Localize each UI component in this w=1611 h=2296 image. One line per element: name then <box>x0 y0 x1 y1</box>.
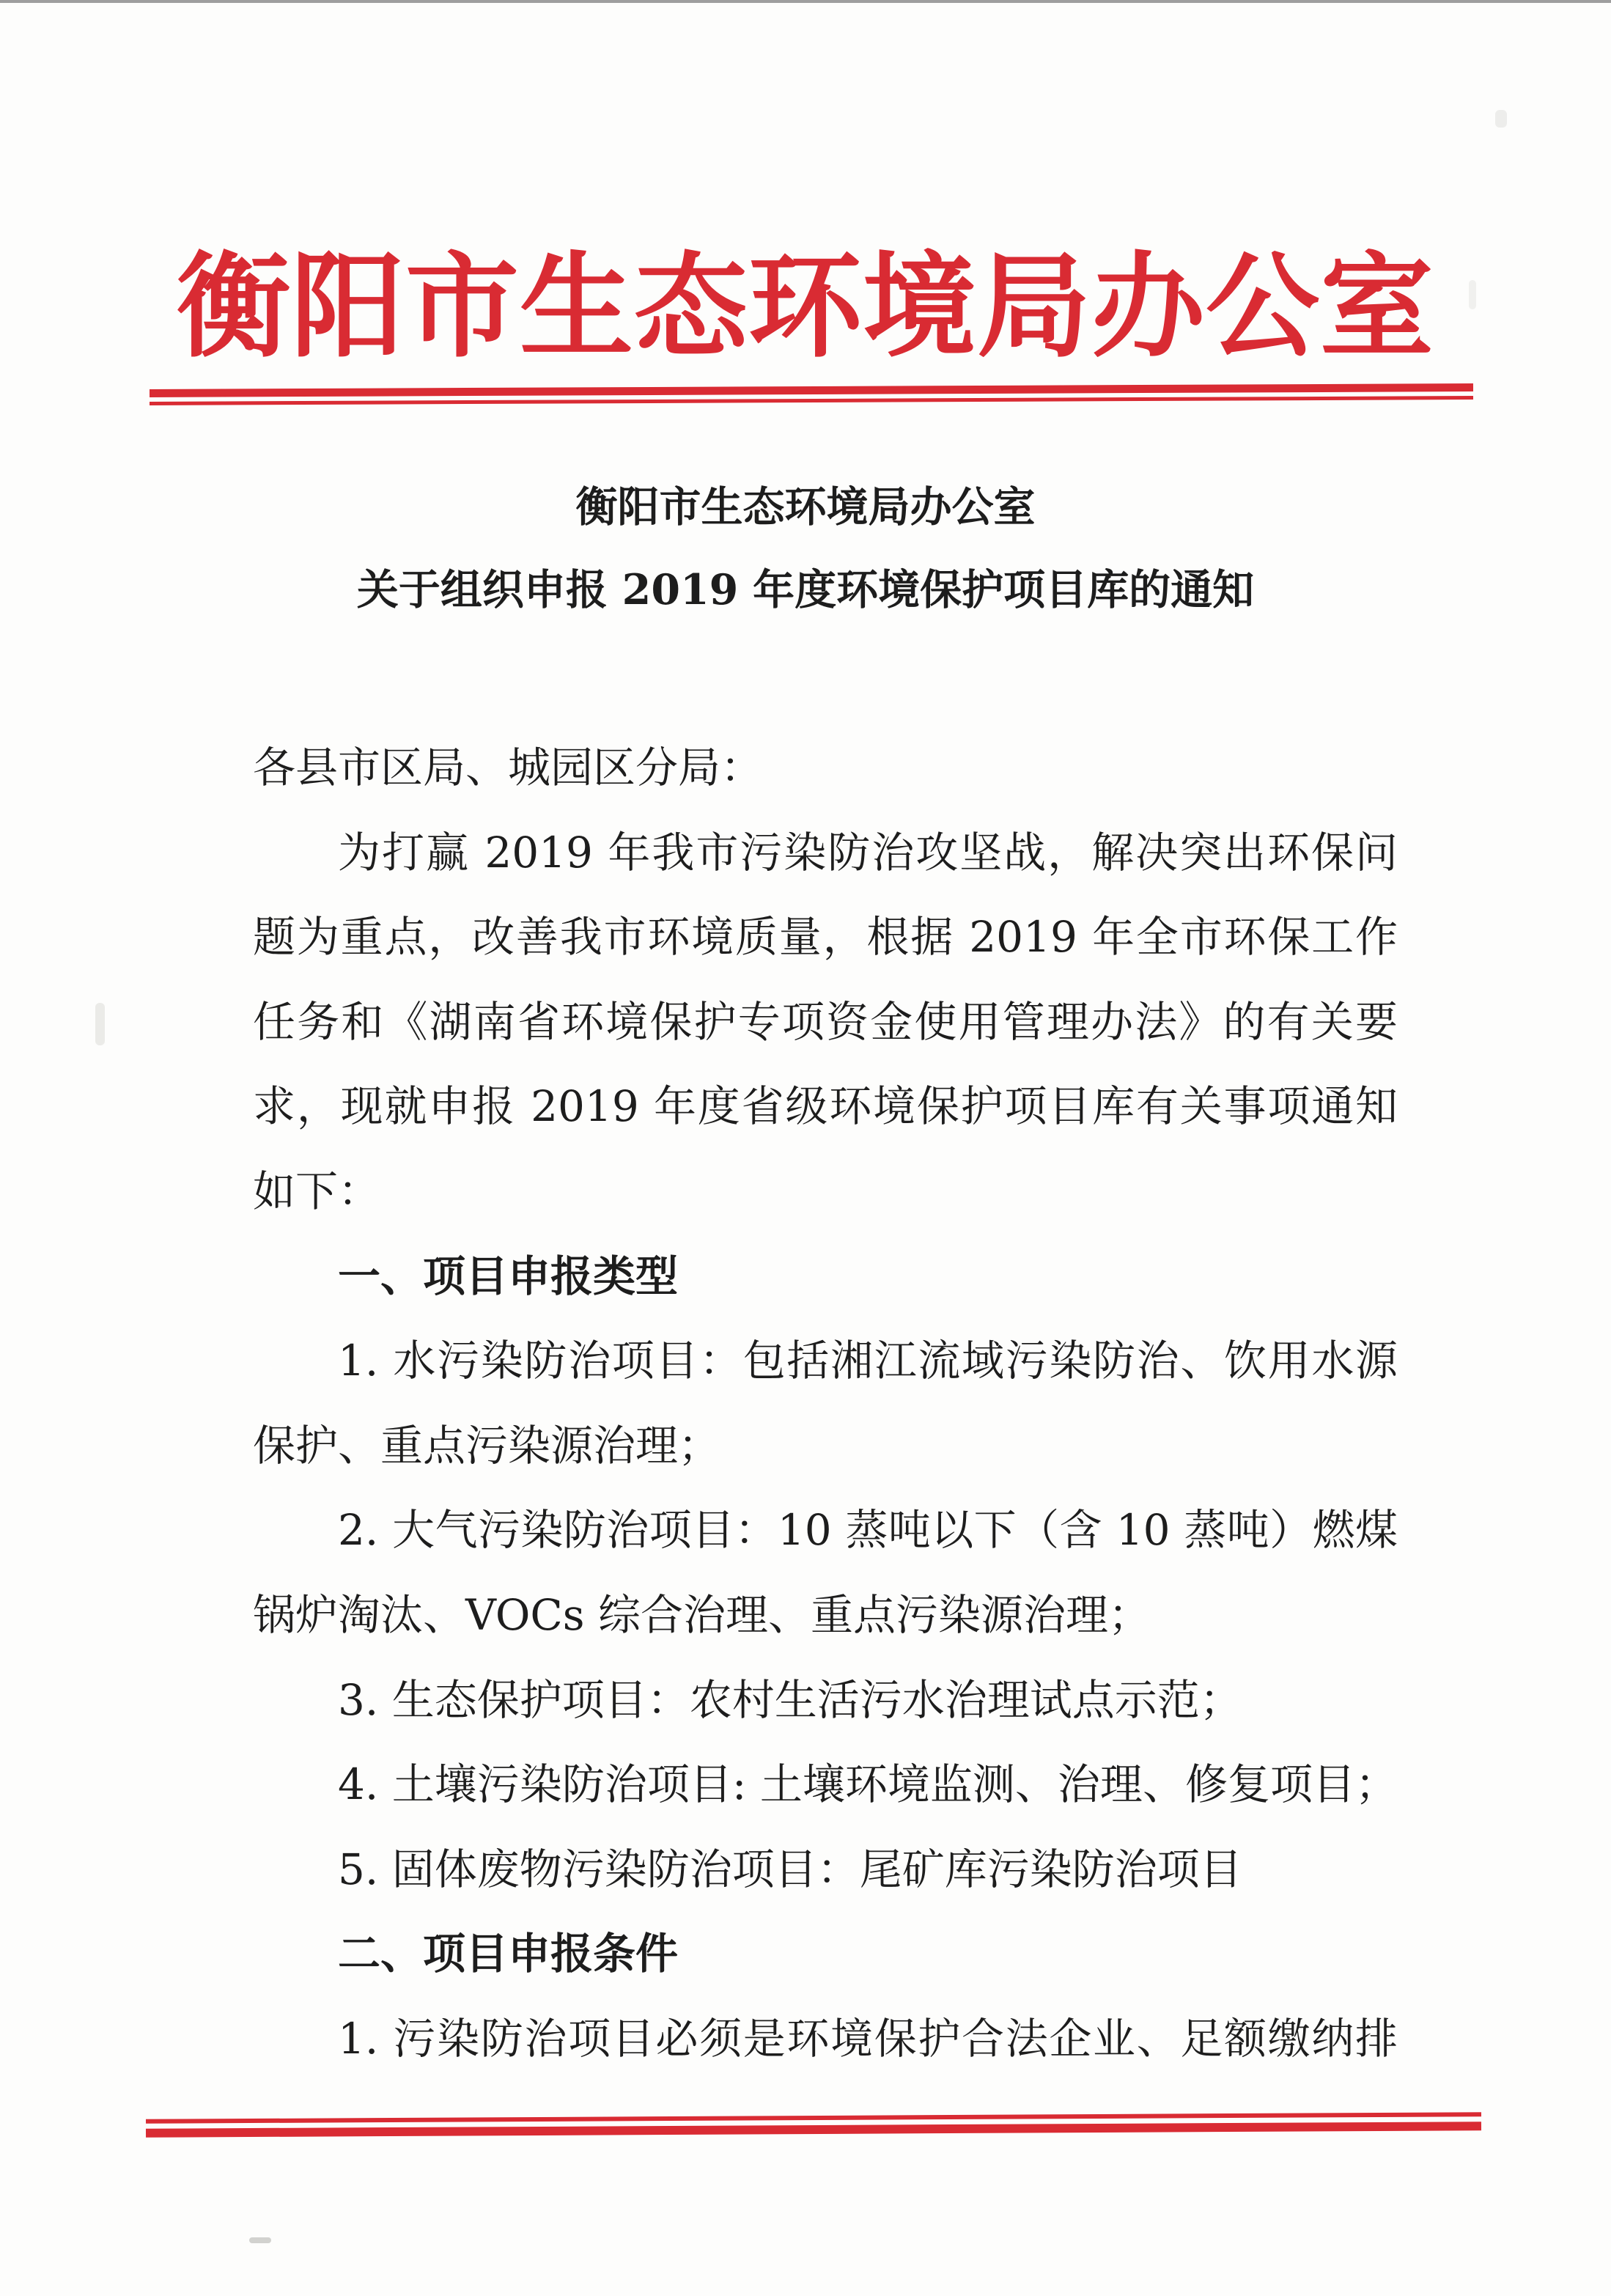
paragraph-line: 求，现就申报 2019 年度省级环境保护项目库有关事项通知 <box>253 1064 1398 1149</box>
list-item-line: 2. 大气污染防治项目：10 蒸吨以下（含 10 蒸吨）燃煤 <box>253 1488 1398 1573</box>
list-item-line: 4. 土壤污染防治项目: 土壤环境监测、治理、修复项目； <box>253 1743 1398 1828</box>
document-title-line1: 衡阳市生态环境局办公室 <box>0 478 1611 537</box>
list-item-line: 锅炉淘汰、VOCs 综合治理、重点污染源治理； <box>253 1573 1398 1658</box>
list-item-line: 3. 生态保护项目：农村生活污水治理试点示范； <box>253 1658 1398 1743</box>
paragraph-line: 为打赢 2019 年我市污染防治攻坚战，解决突出环保问 <box>253 811 1398 896</box>
letterhead-rule-thin <box>150 396 1473 405</box>
salutation-line: 各县市区局、城园区分局： <box>253 726 1398 811</box>
paragraph-line: 如下： <box>253 1149 1398 1235</box>
section-heading-2: 二、项目申报条件 <box>253 1912 1398 1997</box>
footer-rule-thin <box>146 2112 1481 2124</box>
letterhead-issuer-title: 衡阳市生态环境局办公室 <box>0 233 1611 380</box>
document-body: 各县市区局、城园区分局： 为打赢 2019 年我市污染防治攻坚战，解决突出环保问… <box>253 726 1398 2082</box>
paragraph-line: 任务和《湖南省环境保护专项资金使用管理办法》的有关要 <box>253 980 1398 1065</box>
footer-rule-thick <box>146 2122 1481 2138</box>
scan-artifact <box>95 1003 105 1045</box>
list-item-line: 1. 污染防治项目必须是环境保护合法企业、足额缴纳排 <box>253 1997 1398 2082</box>
list-item-line: 保护、重点污染源治理； <box>253 1404 1398 1489</box>
paragraph-line: 题为重点，改善我市环境质量，根据 2019 年全市环保工作 <box>253 895 1398 980</box>
scanned-document-page: 衡阳市生态环境局办公室 衡阳市生态环境局办公室 关于组织申报 2019 年度环境… <box>0 0 1611 2296</box>
scan-artifact <box>1495 110 1507 128</box>
scan-edge-artifact <box>0 0 1611 3</box>
scan-artifact <box>249 2237 271 2243</box>
section-heading-1: 一、项目申报类型 <box>253 1235 1398 1320</box>
document-title-line2: 关于组织申报 2019 年度环境保护项目库的通知 <box>0 561 1611 619</box>
list-item-line: 5. 固体废物污染防治项目：尾矿库污染防治项目 <box>253 1828 1398 1913</box>
letterhead-rule-thick <box>150 383 1473 397</box>
list-item-line: 1. 水污染防治项目：包括湘江流域污染防治、饮用水源 <box>253 1319 1398 1404</box>
